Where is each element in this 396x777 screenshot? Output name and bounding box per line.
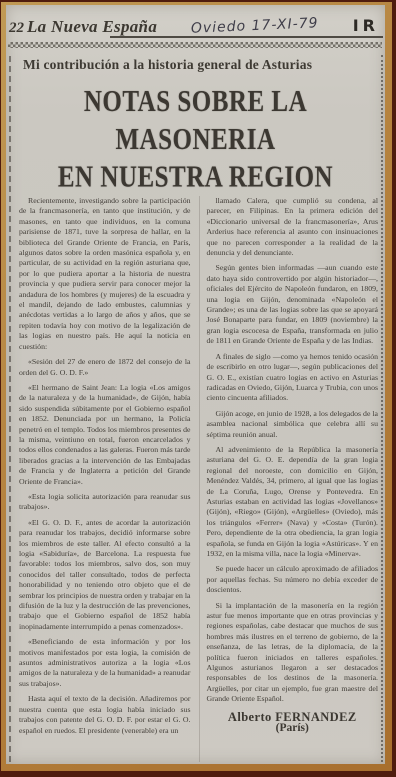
column-right: llamado Calera, que cumplió su condena, … bbox=[199, 196, 379, 762]
page-number: 22 bbox=[9, 20, 24, 37]
headline-line-1: NOTAS SOBRE LA MASONERIA bbox=[8, 83, 383, 159]
paragraph: Según gentes bien informadas —aun cuando… bbox=[207, 263, 379, 346]
paragraph: Gijón acoge, en junio de 1928, a los del… bbox=[207, 409, 379, 440]
newspaper-clipping: 22 La Nueva España Oviedo 17-XI-79 IR Mi… bbox=[6, 5, 385, 764]
article-headline: NOTAS SOBRE LA MASONERIA EN NUESTRA REGI… bbox=[8, 83, 383, 196]
paragraph: Hasta aquí el texto de la decisión. Añad… bbox=[19, 694, 191, 736]
paragraph: «Esta logia solicita autorización para r… bbox=[19, 492, 191, 513]
corner-mark: IR bbox=[353, 16, 379, 37]
author-location: (París) bbox=[207, 723, 379, 733]
paragraph: «El G. O. D. F., antes de acordar la aut… bbox=[19, 518, 191, 632]
kicker-line: Mi contribución a la historia general de… bbox=[23, 57, 379, 73]
newspaper-title: La Nueva España bbox=[27, 17, 157, 37]
paragraph: Al advenimiento de la República la mason… bbox=[207, 445, 379, 559]
zigzag-divider bbox=[8, 42, 382, 48]
paragraph: A finales de siglo —como ya hemos tenido… bbox=[207, 352, 379, 404]
handwritten-date-note: Oviedo 17-XI-79 bbox=[157, 14, 353, 42]
masthead: 22 La Nueva España Oviedo 17-XI-79 IR bbox=[6, 5, 385, 39]
paragraph: «Sesión del 27 de enero de 1872 del cons… bbox=[19, 357, 191, 378]
headline-line-2: EN NUESTRA REGION bbox=[8, 159, 383, 197]
left-scan-artifact-line bbox=[9, 56, 11, 762]
author-signature: Alberto FERNANDEZ bbox=[207, 712, 379, 722]
paragraph: Se puede hacer un cálculo aproximado de … bbox=[207, 564, 379, 595]
column-left: Recientemente, investigando sobre la par… bbox=[19, 196, 191, 762]
right-scan-artifact-line bbox=[381, 55, 383, 762]
paragraph: Recientemente, investigando sobre la par… bbox=[19, 196, 191, 352]
article-body: Recientemente, investigando sobre la par… bbox=[6, 196, 385, 762]
paragraph: llamado Calera, que cumplió su condena, … bbox=[207, 196, 379, 258]
paragraph: «Beneficiando de esta información y por … bbox=[19, 637, 191, 689]
paragraph: Si la implantación de la masonería en la… bbox=[207, 601, 379, 705]
paragraph: «El hermano de Saint Jean: La logia «Los… bbox=[19, 383, 191, 487]
